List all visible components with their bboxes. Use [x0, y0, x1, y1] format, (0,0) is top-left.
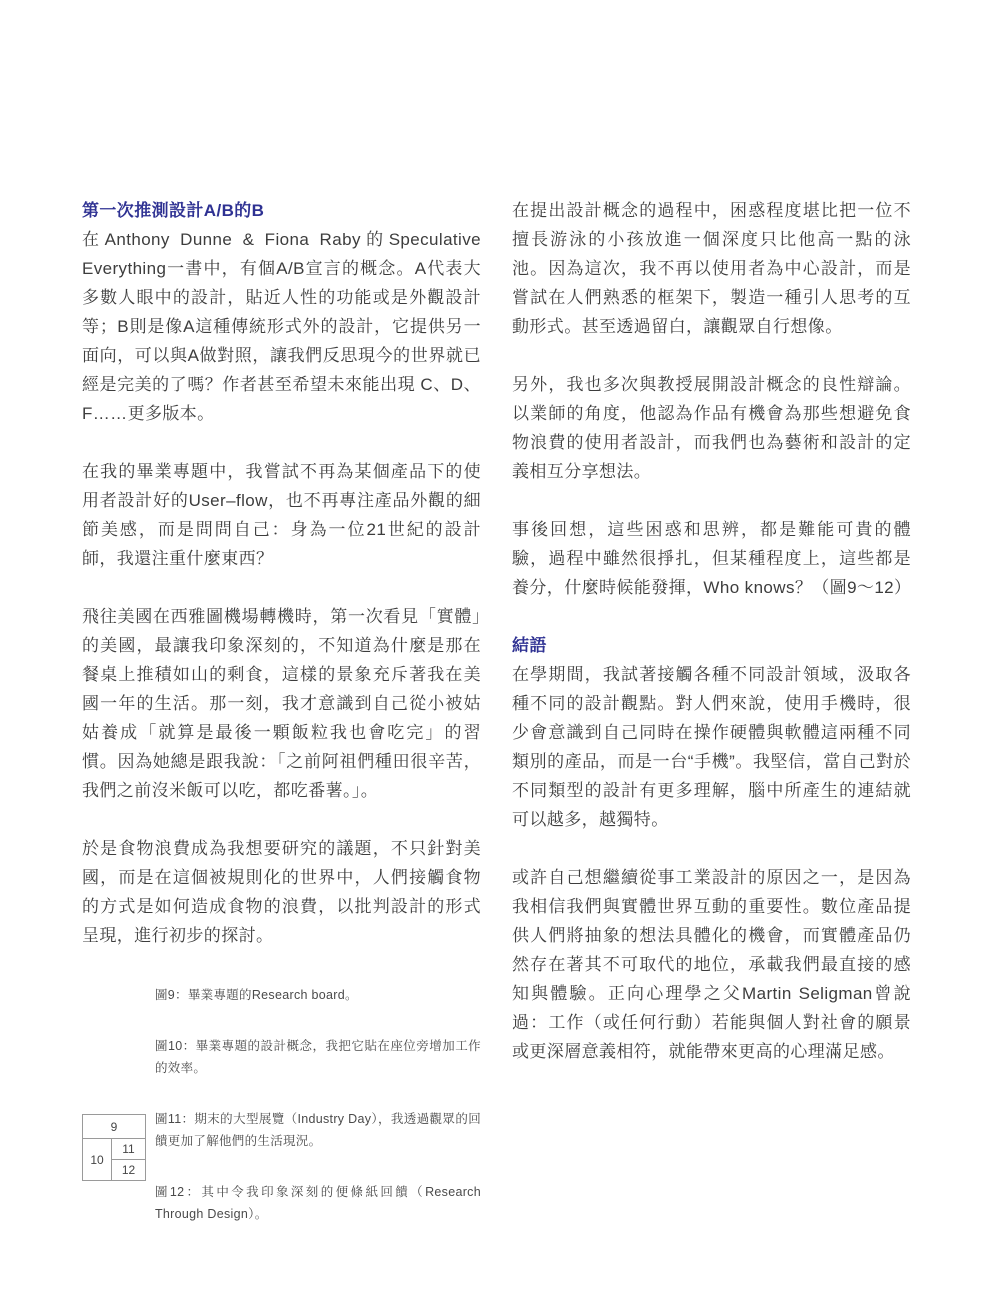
right-closing-paragraph-2: 或許自己想繼續從事工業設計的原因之一，是因為我相信我們與實體世界互動的重要性。數… — [512, 863, 911, 1066]
figure-layout-cell-10: 10 — [83, 1139, 112, 1180]
section-heading-conclusion: 結語 — [512, 631, 911, 660]
left-paragraph-1: 在Anthony Dunne & Fiona Raby的Speculative … — [82, 225, 481, 428]
caption-figure-9: 圖9：畢業專題的Research board。 — [155, 984, 481, 1006]
caption-figure-12: 圖12：其中令我印象深刻的便條紙回饋（Research Through Desi… — [155, 1181, 481, 1225]
figure-layout-cell-9: 9 — [83, 1115, 145, 1139]
right-paragraph-3: 事後回想，這些困惑和思辨，都是難能可貴的體驗，過程中雖然很掙扎，但某種程度上，這… — [512, 515, 911, 602]
right-closing-paragraph-1: 在學期間，我試著接觸各種不同設計領域，汲取各種不同的設計觀點。對人們來說，使用手… — [512, 660, 911, 834]
left-column: 第一次推測設計A/B的B 在Anthony Dunne & Fiona Raby… — [82, 196, 481, 1225]
figure-layout-cell-12: 12 — [112, 1160, 145, 1181]
figure-layout-diagram: 9 10 11 12 — [82, 1114, 146, 1181]
section-heading-speculative-ab: 第一次推測設計A/B的B — [82, 196, 481, 225]
figure-layout-cell-11: 11 — [112, 1139, 145, 1160]
caption-figure-10: 圖10：畢業專題的設計概念，我把它貼在座位旁增加工作的效率。 — [155, 1035, 481, 1079]
right-paragraph-2: 另外，我也多次與教授展開設計概念的良性辯論。以業師的角度，他認為作品有機會為那些… — [512, 370, 911, 486]
figure-captions: 圖9：畢業專題的Research board。 圖10：畢業專題的設計概念，我把… — [155, 984, 481, 1225]
left-paragraph-2: 在我的畢業專題中，我嘗試不再為某個產品下的使用者設計好的User–flow，也不… — [82, 457, 481, 573]
left-paragraph-4: 於是食物浪費成為我想要研究的議題，不只針對美國，而是在這個被規則化的世界中，人們… — [82, 834, 481, 950]
document-page: 第一次推測設計A/B的B 在Anthony Dunne & Fiona Raby… — [0, 0, 983, 1310]
left-paragraph-3: 飛往美國在西雅圖機場轉機時，第一次看見「實體」的美國，最讓我印象深刻的，不知道為… — [82, 602, 481, 805]
caption-figure-11: 圖11：期末的大型展覽（Industry Day），我透過觀眾的回饋更加了解他們… — [155, 1108, 481, 1152]
right-column: 在提出設計概念的過程中，困惑程度堪比把一位不擅長游泳的小孩放進一個深度只比他高一… — [512, 196, 911, 1066]
right-paragraph-1: 在提出設計概念的過程中，困惑程度堪比把一位不擅長游泳的小孩放進一個深度只比他高一… — [512, 196, 911, 341]
